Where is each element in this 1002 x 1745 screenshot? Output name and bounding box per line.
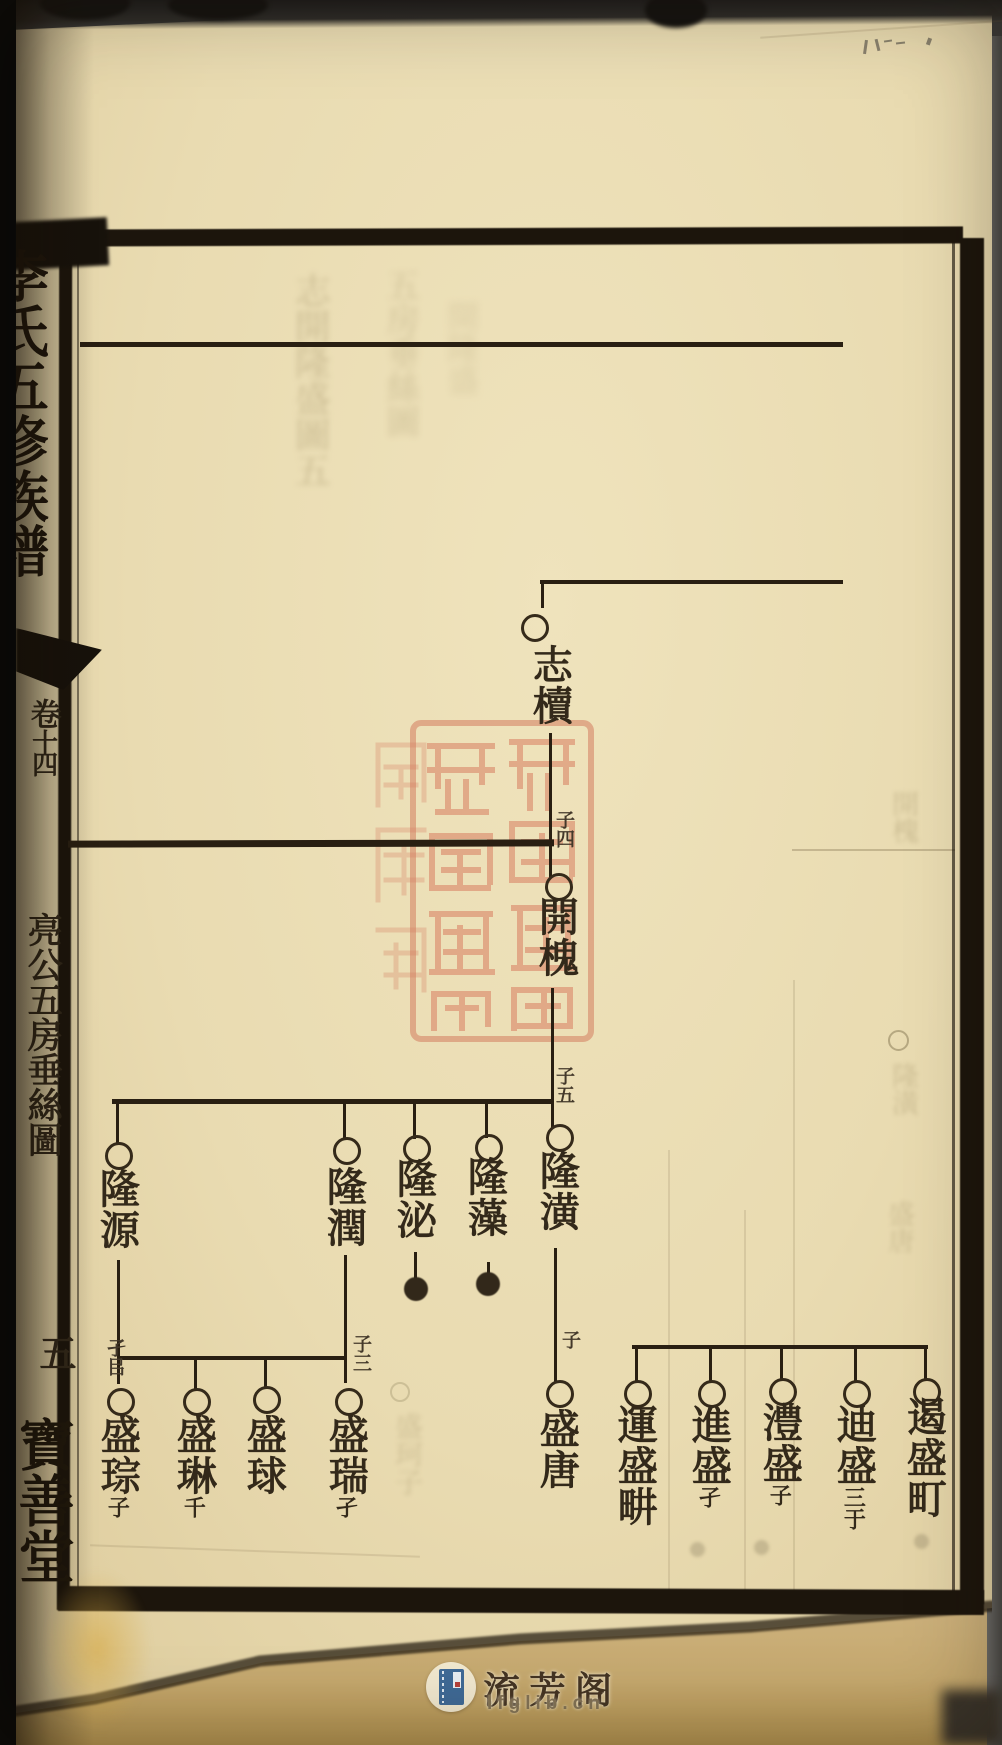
volume-number: 卷十四 xyxy=(24,698,61,773)
tree-line-gen4-left xyxy=(118,1356,346,1360)
book-label xyxy=(453,1672,461,1688)
stub-shengqiu xyxy=(264,1358,267,1389)
person-name: 迪盛三于 xyxy=(832,1404,874,1530)
line-kaihuai-longhuang xyxy=(551,988,554,1128)
person-name: 遏盛町 xyxy=(902,1396,944,1519)
person-name: 隆潢 xyxy=(535,1150,577,1232)
person-circle-zhidu xyxy=(521,614,549,642)
person-circle-shengcong xyxy=(107,1388,135,1416)
line-longhuang-shengtang xyxy=(554,1248,557,1383)
stub-yunsheng xyxy=(635,1347,638,1382)
person-circle-shenglin xyxy=(183,1388,211,1416)
person-circle-longyuan xyxy=(105,1142,133,1170)
bleedthrough-circle xyxy=(888,1030,909,1051)
sons-annotation: 子三 xyxy=(350,1334,370,1372)
stub-jinsheng xyxy=(709,1347,712,1382)
book-icon xyxy=(439,1669,464,1705)
sons-annotation: 子五 xyxy=(553,1066,573,1104)
stub-zhidu xyxy=(541,582,544,608)
watermark-badge xyxy=(426,1662,476,1712)
person-name: 志櫝 xyxy=(528,644,570,726)
tree-line-gen2 xyxy=(68,839,554,847)
page-number: 五 xyxy=(26,1334,80,1371)
paper-crease xyxy=(668,1150,670,1600)
person-name: 運盛畊 xyxy=(613,1404,655,1527)
stub-longrun xyxy=(343,1101,346,1139)
scanned-genealogy-page: 志開隆盛圖五 五房垂絲圖 開隆盛 開槐 隆潢 盛唐 盛珂子 xyxy=(0,0,1002,1745)
person-name: 開槐 xyxy=(534,896,576,978)
line-ended-dot xyxy=(404,1277,428,1301)
heir-annotation: 孑㠯 xyxy=(104,1338,124,1376)
person-name: 隆泌 xyxy=(392,1158,434,1240)
tail-longmi xyxy=(414,1252,417,1279)
frame-right-inner xyxy=(952,242,955,1598)
person-name: 盛琳千 xyxy=(172,1414,214,1518)
frame-right xyxy=(960,238,984,1604)
person-name: 盛唐 xyxy=(535,1408,577,1490)
tree-line-top xyxy=(80,342,843,347)
scan-shadow-corner xyxy=(942,1690,1002,1745)
person-name: 進盛孑 xyxy=(687,1404,729,1508)
tree-line-gen1 xyxy=(540,580,843,584)
line-ended-dot xyxy=(476,1272,500,1296)
person-circle-shengqiu xyxy=(253,1386,281,1414)
person-circle-longhuang xyxy=(546,1124,574,1152)
person-name: 盛球 xyxy=(242,1414,284,1496)
frame-top xyxy=(58,226,963,246)
line-longrun-children xyxy=(344,1255,347,1383)
stub-longzao xyxy=(485,1101,488,1138)
stub-lisheng xyxy=(780,1347,783,1380)
stub-longmi xyxy=(413,1101,416,1139)
stub-shenglin xyxy=(194,1358,197,1390)
bleedthrough-dot xyxy=(754,1540,769,1555)
frame-left-inner xyxy=(77,250,79,1600)
stub-longyuan xyxy=(116,1101,119,1143)
person-circle-shengtang xyxy=(546,1380,574,1408)
stub-esheng xyxy=(924,1347,927,1380)
paper-crease xyxy=(744,1210,746,1610)
bleedthrough-dot xyxy=(914,1534,929,1549)
frame-bottom xyxy=(58,1586,984,1615)
person-name: 盛瑞孑 xyxy=(324,1414,366,1518)
bleedthrough-dot xyxy=(690,1542,705,1557)
section-title: 亮公五房垂絲圖 xyxy=(22,912,63,1157)
book-stitch-decoration xyxy=(442,1671,444,1703)
publisher-hall: 寶善堂 xyxy=(10,1416,72,1584)
stub-disheng xyxy=(854,1347,857,1382)
person-name: 隆潤 xyxy=(322,1166,364,1248)
person-circle-shengrui xyxy=(335,1388,363,1416)
watermark-site-url: lfglib.cn xyxy=(487,1693,605,1715)
sons-annotation: 子 xyxy=(559,1330,579,1349)
book-gutter-dark xyxy=(0,0,16,1745)
person-name: 隆源 xyxy=(95,1168,137,1250)
person-name: 盛琮子 xyxy=(96,1414,138,1518)
sons-annotation: 子四 xyxy=(553,810,573,848)
person-name: 隆藻 xyxy=(463,1156,505,1238)
bleedthrough-circle xyxy=(390,1382,410,1402)
line-zhidu-kaihuai xyxy=(549,733,552,877)
person-circle-longrun xyxy=(333,1137,361,1165)
person-name: 澧盛子 xyxy=(758,1402,800,1506)
